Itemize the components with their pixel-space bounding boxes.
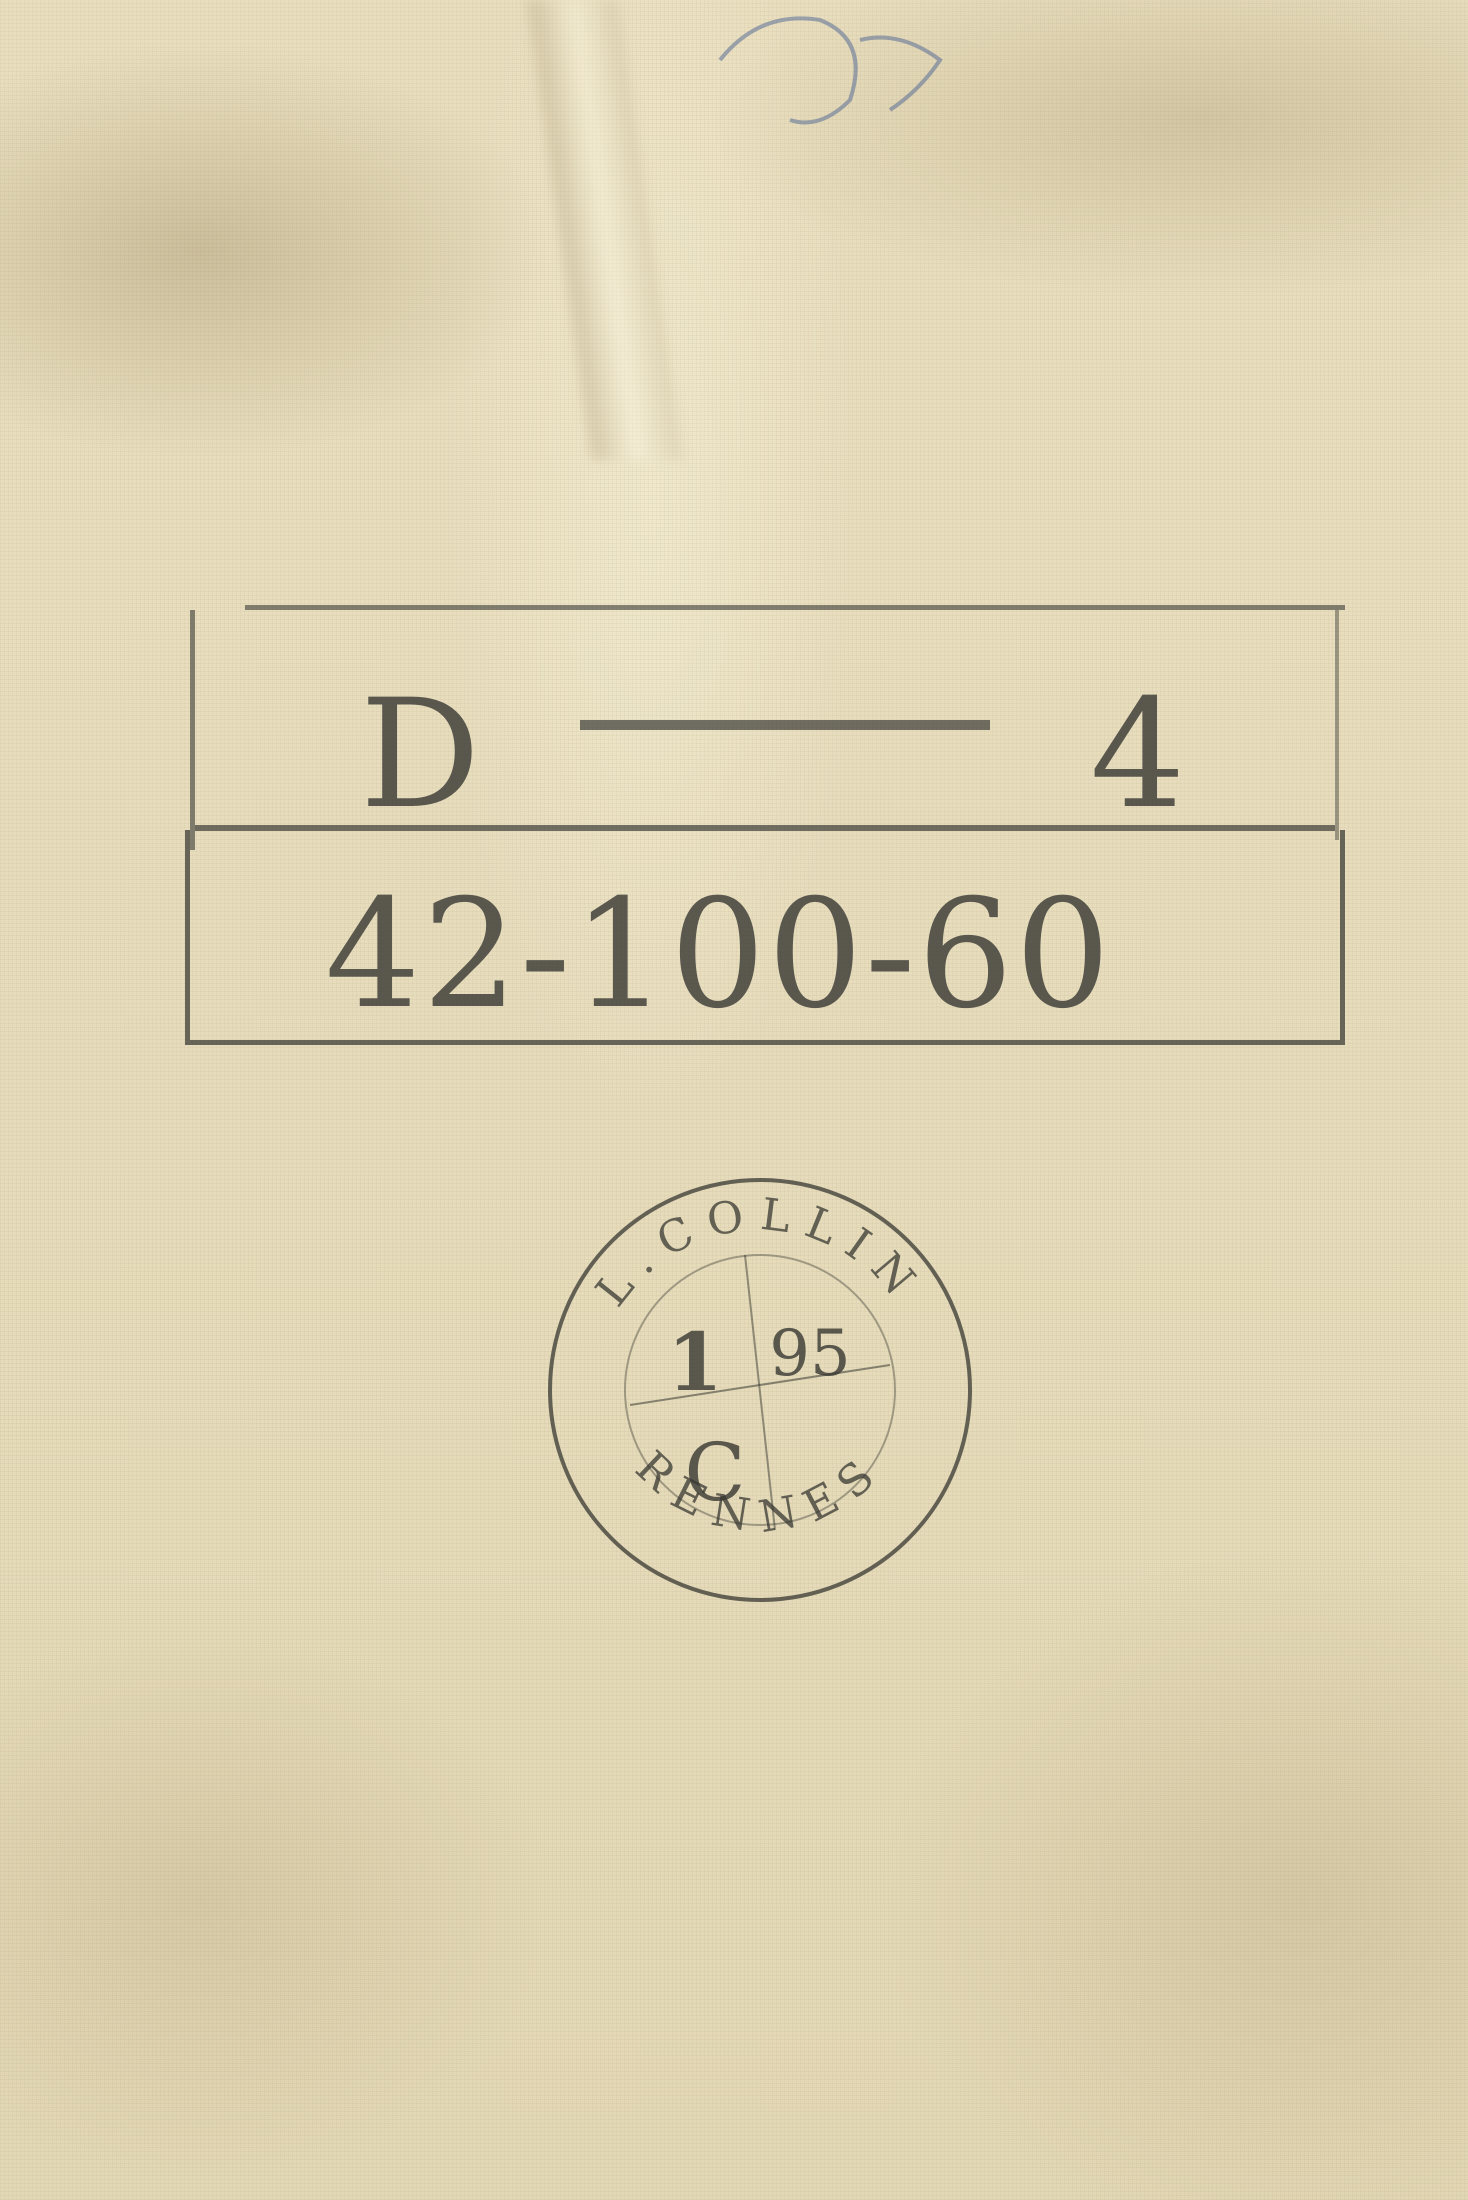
seal-bottom-text: RENNES [626, 1442, 895, 1544]
stamp-border-left [190, 610, 195, 850]
svg-text:RENNES: RENNES [626, 1442, 895, 1544]
fabric-weave-texture [0, 0, 1468, 2200]
seal-year: 95 [769, 1317, 850, 1391]
circular-stamp: L.COLLIN RENNES 1 95 C [535, 1160, 985, 1610]
stamp-size-code: 42-100-60 [325, 880, 1112, 1030]
seal-top-text: L.COLLIN [586, 1189, 933, 1316]
svg-text:L.COLLIN: L.COLLIN [586, 1189, 933, 1316]
stamp-letter: D [360, 680, 480, 830]
blue-pencil-mark [700, 0, 1000, 140]
stamp-number: 4 [1090, 680, 1185, 830]
stamp-border-top [245, 605, 1345, 610]
seal-number: 1 [667, 1315, 723, 1409]
stamp-dash [580, 720, 990, 730]
stamp-border-right [1335, 610, 1339, 840]
seal-letter: C [684, 1426, 745, 1519]
